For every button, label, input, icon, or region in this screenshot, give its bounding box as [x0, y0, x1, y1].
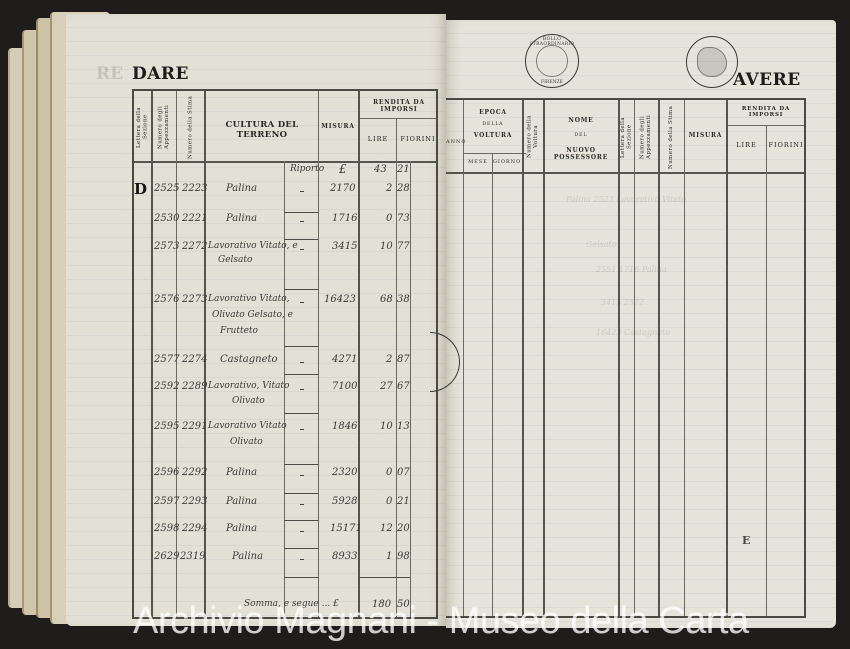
- lire-value: 1: [386, 551, 392, 562]
- col-divider: [463, 100, 464, 616]
- fiorini-value: 13: [397, 421, 410, 432]
- cultura-text: Palina: [232, 551, 263, 562]
- appezzamento-number: 2595: [154, 421, 179, 432]
- header-giorno: GIORNO: [492, 160, 522, 166]
- cultura-text: Palina: [226, 467, 257, 478]
- dash-mark: [300, 221, 304, 222]
- archive-watermark: Archivio Magnani - Museo della Carta: [133, 600, 749, 643]
- fiorini-value: 73: [397, 213, 410, 224]
- cultura-text: Gelsato: [218, 255, 252, 265]
- lire-value: 12: [380, 523, 393, 534]
- lire-value: 10: [380, 421, 393, 432]
- header-anno: ANNO: [446, 140, 463, 146]
- header-numero-appezzamenti: Numero degli Appezzamenti: [153, 95, 175, 159]
- header-lire: LIRE: [727, 142, 766, 149]
- carryover-currency: £: [339, 162, 347, 176]
- header-numero-appezzamenti: Numero degli Appezzamenti: [635, 104, 657, 170]
- header-cultura: CULTURA DEL TERRENO: [206, 121, 318, 141]
- header-misura: MISURA: [319, 124, 357, 131]
- col-divider: [658, 100, 660, 616]
- row-divider: [284, 493, 318, 494]
- misura-value: 15171: [330, 523, 362, 534]
- dare-ledger-table: Lettera della Sezione Numero degli Appez…: [132, 89, 438, 619]
- stamp-text-bottom: FIRENZE: [526, 80, 578, 85]
- header-epoca: EPOCA: [464, 110, 522, 117]
- stima-number: 2291: [182, 421, 207, 432]
- row-divider: [284, 374, 318, 375]
- misura-value: 3415: [332, 241, 357, 252]
- stima-number: 2221: [182, 213, 207, 224]
- appezzamento-number: 2525: [154, 183, 179, 194]
- cultura-text: Frutteto: [220, 326, 258, 336]
- row-divider: [284, 548, 318, 549]
- col-divider: [726, 100, 728, 616]
- dash-mark: [300, 504, 304, 505]
- dash-mark: [300, 191, 304, 192]
- misura-value: 1716: [332, 213, 357, 224]
- appezzamento-number: 2577: [154, 354, 179, 365]
- stima-number: 2272: [182, 241, 207, 252]
- appezzamento-number: 2530: [154, 213, 179, 224]
- cultura-text: Lavorativo Vitato: [208, 421, 287, 431]
- cultura-text: Palina: [226, 213, 257, 224]
- fiorini-value: 07: [397, 467, 410, 478]
- cultura-text: Olivato Gelsato, e: [212, 310, 293, 320]
- left-page-dare: RE DARE Lettera della Sezione Numero deg…: [66, 14, 446, 626]
- dash-mark: [300, 302, 304, 303]
- lire-value: 10: [380, 241, 393, 252]
- total-divider: [358, 577, 410, 578]
- rendita-subdivider: [358, 118, 436, 119]
- header-nome: NOME: [544, 118, 618, 125]
- fiorini-value: 28: [397, 183, 410, 194]
- fiorini-value: 77: [397, 241, 410, 252]
- col-divider: [543, 100, 545, 616]
- dash-mark: [300, 559, 304, 560]
- header-numero-stima: Numero della Stima: [659, 104, 683, 170]
- misura-value: 7100: [332, 381, 357, 392]
- row-divider: [284, 520, 318, 521]
- row-divider: [284, 577, 318, 578]
- stima-number: 2273: [182, 294, 207, 305]
- dash-mark: [300, 362, 304, 363]
- cultura-text: Lavorativo Vitato,: [208, 294, 289, 304]
- cultura-text: Olivato: [230, 437, 263, 447]
- dash-mark: [300, 475, 304, 476]
- col-divider: [684, 100, 685, 616]
- cultura-text: Palina: [226, 523, 257, 534]
- fiorini-value: 20: [397, 523, 410, 534]
- cultura-text: Castagneto: [220, 354, 278, 365]
- dash-mark: [300, 429, 304, 430]
- header-divider: [446, 172, 804, 174]
- margin-letter: E: [742, 534, 750, 547]
- cultura-text: Palina: [226, 183, 257, 194]
- section-letter: D: [134, 180, 147, 198]
- appezzamento-number: 2629: [154, 551, 179, 562]
- stima-number: 2289: [182, 381, 207, 392]
- col-divider: [618, 100, 620, 616]
- bleed-through-text: 16423 Castagneto: [596, 328, 670, 337]
- header-fiorini: FIORINI: [767, 142, 805, 149]
- header-del: DEL: [544, 133, 618, 138]
- col-divider: [634, 100, 635, 616]
- dash-mark: [300, 389, 304, 390]
- header-misura: MISURA: [685, 133, 726, 140]
- row-divider: [284, 346, 318, 347]
- header-divider: [134, 161, 436, 163]
- appezzamento-number: 2597: [154, 496, 179, 507]
- page-title-avere: AVERE: [733, 70, 801, 90]
- row-divider: [284, 212, 318, 213]
- misura-value: 5928: [332, 496, 357, 507]
- bleed-through-title: RE: [96, 64, 123, 84]
- header-lettera-sezione: Lettera della Sezione: [619, 104, 634, 170]
- header-mese: MESE: [464, 160, 492, 166]
- carryover-fiorini: 21: [397, 164, 410, 175]
- carryover-lire: 43: [374, 164, 387, 175]
- stima-number: 2294: [182, 523, 207, 534]
- epoca-subdivider: [464, 153, 526, 154]
- stima-number: 2293: [182, 496, 207, 507]
- lire-value: 68: [380, 294, 393, 305]
- col-divider: [151, 91, 153, 617]
- header-voltura: VOLTURA: [464, 133, 522, 140]
- col-divider: [522, 100, 524, 616]
- cultura-text: Lavorativo, Vitato: [208, 381, 289, 391]
- header-fiorini: FIORINI: [397, 136, 439, 143]
- header-della: DELLA: [464, 122, 522, 127]
- dash-mark: [300, 531, 304, 532]
- rendita-subdivider: [726, 125, 804, 126]
- header-rendita: RENDITA DA IMPORSI: [360, 100, 438, 114]
- col-divider: [766, 125, 767, 616]
- header-rendita: RENDITA DA IMPORSI: [727, 106, 805, 119]
- fiorini-value: 87: [397, 354, 410, 365]
- header-lire: LIRE: [360, 136, 396, 143]
- col-divider: [358, 91, 360, 617]
- cultura-text: Palina: [226, 496, 257, 507]
- stima-number: 2319: [180, 551, 205, 562]
- row-divider: [284, 464, 318, 465]
- bleed-through-text: Palina 2523 Lavorativo Vitato: [566, 195, 686, 204]
- col-divider: [492, 153, 493, 616]
- cultura-text: Lavorativo Vitato, e: [208, 241, 298, 251]
- right-page-avere: BOLLO STRAORDINARIO FIRENZE AVERE ANNO E…: [446, 20, 836, 628]
- lire-value: 0: [386, 496, 392, 507]
- misura-value: 2170: [330, 183, 355, 194]
- lire-value: 27: [380, 381, 393, 392]
- lire-value: 2: [386, 354, 392, 365]
- appezzamento-number: 2592: [154, 381, 179, 392]
- dash-mark: [300, 249, 304, 250]
- lire-value: 2: [386, 183, 392, 194]
- row-divider: [284, 289, 318, 290]
- fiorini-value: 21: [397, 496, 410, 507]
- carryover-label: Riporto: [290, 164, 324, 174]
- fiorini-value: 67: [397, 381, 410, 392]
- bleed-through-text: Gelsato: [586, 240, 617, 249]
- misura-value: 1846: [332, 421, 357, 432]
- appezzamento-number: 2598: [154, 523, 179, 534]
- header-nuovo-possessore: NUOVO POSSESSORE: [544, 148, 618, 162]
- ledger-book-spread: RE DARE Lettera della Sezione Numero deg…: [0, 0, 850, 649]
- header-numero-stima: Numero della Stima: [178, 95, 203, 159]
- page-title-dare: DARE: [132, 64, 189, 84]
- cultura-text: Olivato: [232, 396, 265, 406]
- appezzamento-number: 2596: [154, 467, 179, 478]
- lire-value: 0: [386, 213, 392, 224]
- bleed-through-text: 2551 1716 Palina: [596, 265, 667, 274]
- fiorini-value: 38: [397, 294, 410, 305]
- tax-stamp-icon: BOLLO STRAORDINARIO FIRENZE: [525, 34, 579, 88]
- stima-number: 2274: [182, 354, 207, 365]
- header-numero-voltura: Numero della Voltura: [524, 104, 542, 170]
- header-lettera-sezione: Lettera della Sezione: [135, 95, 150, 159]
- appezzamento-number: 2576: [154, 294, 179, 305]
- lire-value: 0: [386, 467, 392, 478]
- bleed-through-text: 3415 2572: [601, 298, 644, 307]
- row-divider: [284, 239, 318, 240]
- misura-value: 2320: [332, 467, 357, 478]
- stima-number: 2223: [182, 183, 207, 194]
- appezzamento-number: 2573: [154, 241, 179, 252]
- stima-number: 2292: [182, 467, 207, 478]
- col-divider: [410, 161, 411, 617]
- avere-ledger-table: ANNO EPOCA DELLA VOLTURA MESE GIORNO Num…: [446, 98, 806, 618]
- misura-value: 4271: [332, 354, 357, 365]
- misura-value: 8933: [332, 551, 357, 562]
- figure-seal-icon: [686, 36, 738, 88]
- misura-value: 16423: [324, 294, 356, 305]
- fiorini-value: 98: [397, 551, 410, 562]
- row-divider: [284, 413, 318, 414]
